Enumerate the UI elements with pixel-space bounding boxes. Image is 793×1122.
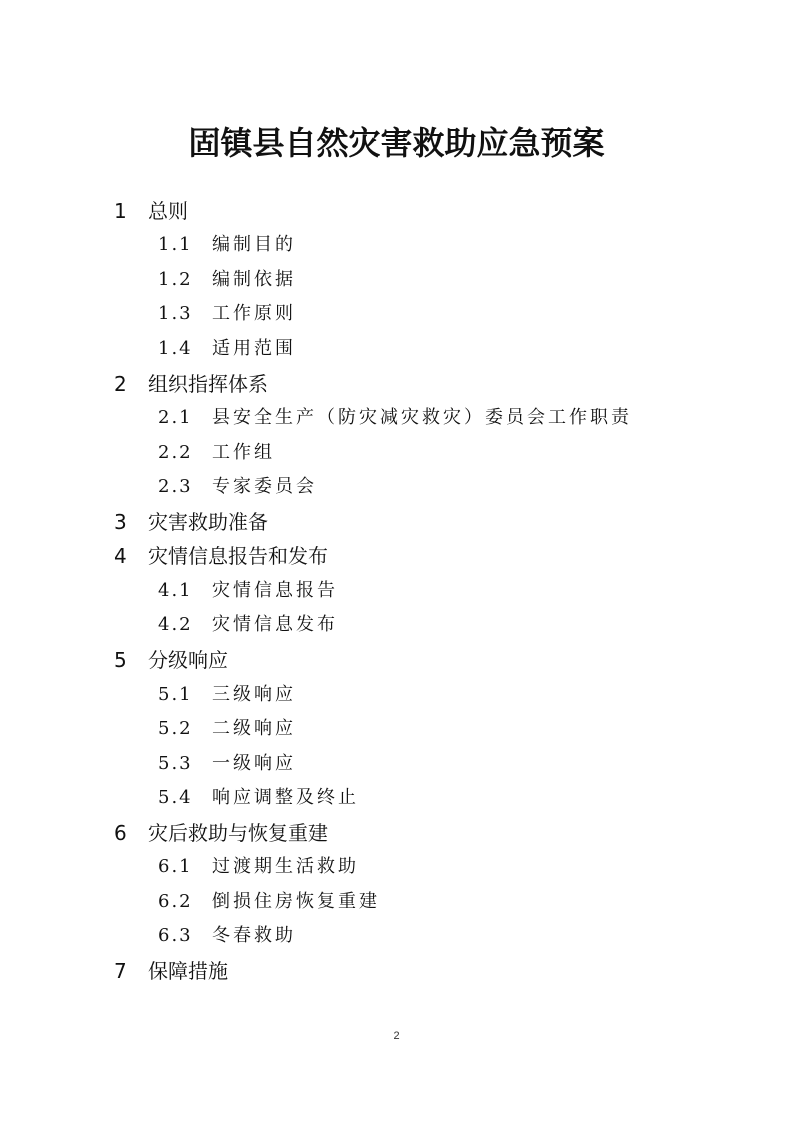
toc-entry[interactable]: 6.3冬春救助 (158, 921, 296, 951)
toc-entry[interactable]: 2.2工作组 (158, 438, 275, 468)
toc-label: 冬春救助 (212, 925, 296, 946)
toc-label: 灾害救助准备 (148, 510, 268, 534)
document-title: 固镇县自然灾害救助应急预案 (0, 118, 793, 164)
toc-entry[interactable]: 2.3专家委员会 (158, 472, 317, 502)
toc-number: 1.4 (158, 334, 212, 364)
toc-label: 二级响应 (212, 718, 296, 739)
toc-number: 5.2 (158, 714, 212, 744)
toc-number: 2 (114, 369, 148, 399)
toc-number: 2.1 (158, 403, 212, 433)
toc-label: 一级响应 (212, 753, 296, 774)
toc-number: 2.3 (158, 472, 212, 502)
toc-number: 5 (114, 645, 148, 675)
toc-label: 灾情信息报告和发布 (148, 544, 328, 568)
toc-number: 3 (114, 507, 148, 537)
toc-label: 灾情信息报告 (212, 580, 338, 601)
toc-label: 灾后救助与恢复重建 (148, 821, 328, 845)
toc-entry[interactable]: 1.2编制依据 (158, 265, 296, 295)
toc-entry[interactable]: 1总则 (114, 196, 188, 226)
toc-entry[interactable]: 5.2二级响应 (158, 714, 296, 744)
toc-entry[interactable]: 6.2倒损住房恢复重建 (158, 887, 380, 917)
toc-label: 组织指挥体系 (148, 372, 268, 396)
toc-entry[interactable]: 6灾后救助与恢复重建 (114, 818, 328, 848)
toc-number: 4 (114, 541, 148, 571)
toc-entry[interactable]: 4.2灾情信息发布 (158, 610, 338, 640)
toc-label: 专家委员会 (212, 476, 317, 497)
toc-label: 倒损住房恢复重建 (212, 891, 380, 912)
toc-number: 6.1 (158, 852, 212, 882)
toc-entry[interactable]: 4灾情信息报告和发布 (114, 541, 328, 571)
toc-label: 保障措施 (148, 959, 228, 983)
toc-number: 2.2 (158, 438, 212, 468)
toc-label: 灾情信息发布 (212, 614, 338, 635)
toc-label: 工作组 (212, 442, 275, 463)
toc-number: 1.3 (158, 299, 212, 329)
toc-entry[interactable]: 4.1灾情信息报告 (158, 576, 338, 606)
toc-number: 6.3 (158, 921, 212, 951)
toc-entry[interactable]: 2组织指挥体系 (114, 369, 268, 399)
toc-label: 响应调整及终止 (212, 787, 359, 808)
toc-number: 7 (114, 956, 148, 986)
toc-number: 5.3 (158, 749, 212, 779)
toc-entry[interactable]: 5.3一级响应 (158, 749, 296, 779)
toc-entry[interactable]: 6.1过渡期生活救助 (158, 852, 359, 882)
toc-entry[interactable]: 3灾害救助准备 (114, 507, 268, 537)
toc-number: 6 (114, 818, 148, 848)
toc-label: 编制依据 (212, 269, 296, 290)
toc-entry[interactable]: 1.3工作原则 (158, 299, 296, 329)
toc-number: 1.2 (158, 265, 212, 295)
toc-label: 三级响应 (212, 684, 296, 705)
toc-number: 5.1 (158, 680, 212, 710)
toc-label: 过渡期生活救助 (212, 856, 359, 877)
toc-label: 编制目的 (212, 234, 296, 255)
toc-entry[interactable]: 2.1县安全生产（防灾减灾救灾）委员会工作职责 (158, 403, 632, 433)
toc-number: 4.2 (158, 610, 212, 640)
toc-entry[interactable]: 7保障措施 (114, 956, 228, 986)
toc-number: 6.2 (158, 887, 212, 917)
page-number: 2 (0, 1030, 793, 1042)
toc-number: 5.4 (158, 783, 212, 813)
toc-label: 县安全生产（防灾减灾救灾）委员会工作职责 (212, 407, 632, 428)
toc-number: 4.1 (158, 576, 212, 606)
toc-number: 1 (114, 196, 148, 226)
toc-label: 总则 (148, 199, 188, 223)
toc-entry[interactable]: 5.1三级响应 (158, 680, 296, 710)
toc-entry[interactable]: 1.1编制目的 (158, 230, 296, 260)
toc-number: 1.1 (158, 230, 212, 260)
toc-label: 适用范围 (212, 338, 296, 359)
toc-entry[interactable]: 5分级响应 (114, 645, 228, 675)
toc-entry[interactable]: 1.4适用范围 (158, 334, 296, 364)
toc-label: 工作原则 (212, 303, 296, 324)
toc-entry[interactable]: 5.4响应调整及终止 (158, 783, 359, 813)
toc-label: 分级响应 (148, 648, 228, 672)
